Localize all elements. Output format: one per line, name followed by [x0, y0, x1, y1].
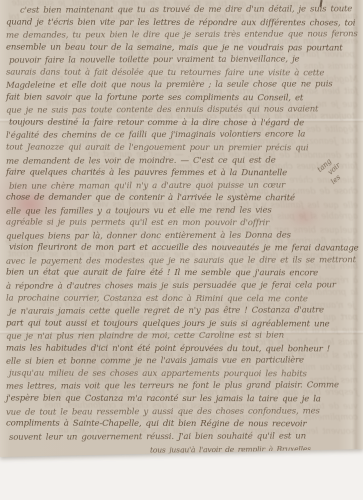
handwritten-line: je n'aurais jamais cette quelle regret d… [6, 304, 358, 318]
letter-page: c'est bien maintenant que tu as trouvé d… [0, 0, 363, 460]
handwritten-line: que je n'ai plus rien plaindre de moi, c… [6, 329, 358, 343]
handwritten-line: pouvoir faire la nouvelle toilette pour … [6, 53, 358, 67]
handwritten-line: c'est bien maintenant que tu as trouvé d… [6, 3, 358, 17]
handwritten-line: souvent leur un gouvernement réussi. J'a… [6, 430, 358, 444]
paper-sheet: c'est bien maintenant que tu as trouvé d… [0, 0, 363, 460]
handwritten-line: Magdeleine et elle doit que nous la prem… [6, 79, 358, 93]
handwritten-line: l'égalité des chemins de ce failli que j… [6, 129, 358, 143]
handwritten-line: me demandes, tu peux bien le dire que je… [6, 28, 358, 42]
handwritten-line: chose de demander que de contenir à l'ar… [6, 192, 358, 205]
handwritten-line: vision fleuriront de mon part et accueil… [6, 242, 358, 255]
handwritten-closing-line: tous jusqu'à l'avoir de remplir à Bruxel… [150, 444, 311, 454]
handwritten-line: j'espère bien que Costanza m'a raconté s… [6, 392, 358, 405]
handwritten-text-block: c'est bien maintenant que tu as trouvé d… [6, 4, 358, 443]
handwritten-line: tout Jeanozze qui aurait de l'engouement… [6, 142, 358, 155]
handwritten-line: mes lettres, mais voit que les terreurs … [6, 380, 358, 394]
handwritten-line: elle si bien et bonne comme je ne l'avai… [6, 355, 358, 369]
handwritten-line: faire quelques charités à les pauvres fe… [6, 167, 358, 180]
handwritten-line: à répondre à d'autres choses mais je sui… [6, 279, 358, 293]
handwritten-line: que je ne suis pas toute contente des en… [6, 104, 358, 118]
handwritten-line: compliments à Sainte-Chapelle, qui dit b… [6, 418, 358, 431]
handwritten-line: agréable si je puis permets qu'il est en… [6, 217, 358, 230]
scanned-letter-photo: { "colors": { "paper": "#cfc5b7", "ink":… [0, 0, 363, 500]
